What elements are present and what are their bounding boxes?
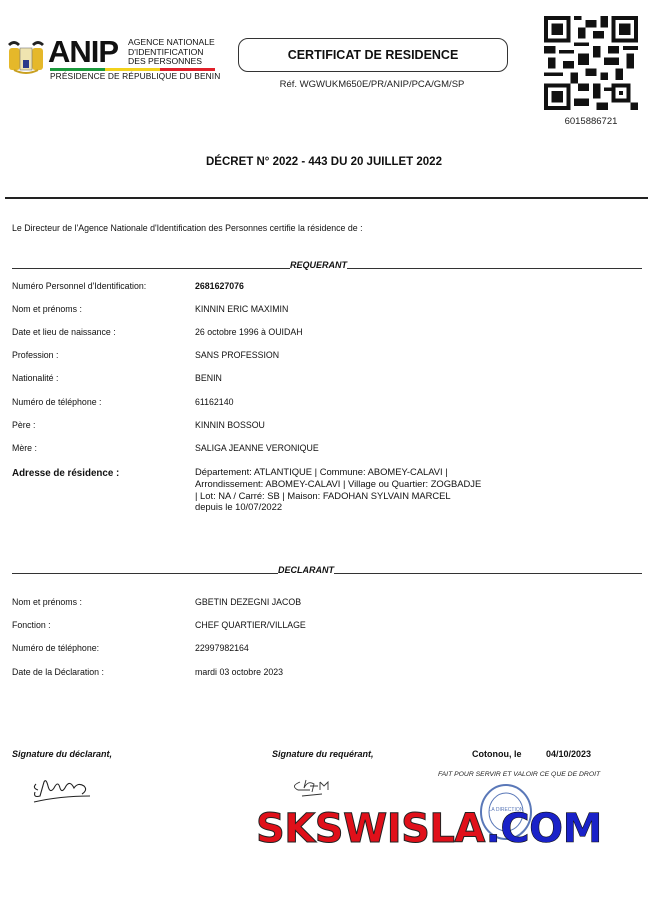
qr-number: 6015886721 bbox=[544, 116, 638, 127]
field-value: SALIGA JEANNE VERONIQUE bbox=[195, 443, 319, 453]
field-label: Date de la Déclaration : bbox=[12, 667, 104, 677]
section-requerant: REQUERANT bbox=[12, 256, 642, 270]
field-value: 2681627076 bbox=[195, 281, 244, 291]
field-label: Numéro Personnel d'Identification: bbox=[12, 281, 146, 291]
watermark-red: SKSWISLA bbox=[256, 806, 486, 852]
header-divider bbox=[5, 197, 648, 199]
address-line: Arrondissement: ABOMEY-CALAVI | Village … bbox=[195, 478, 555, 490]
qr-code-icon bbox=[544, 16, 638, 110]
address-line: Département: ATLANTIQUE | Commune: ABOME… bbox=[195, 466, 555, 478]
section-rule bbox=[12, 573, 278, 574]
declarant-signature-icon bbox=[30, 774, 96, 806]
address-line: depuis le 10/07/2022 bbox=[195, 501, 555, 513]
field-label: Numéro de téléphone: bbox=[12, 643, 99, 653]
reference-number: Réf. WGWUKM650E/PR/ANIP/PCA/GM/SP bbox=[238, 79, 506, 90]
address-line: | Lot: NA / Carré: SB | Maison: FADOHAN … bbox=[195, 490, 555, 502]
decree-title: DÉCRET N° 2022 - 443 DU 20 JUILLET 2022 bbox=[0, 156, 648, 168]
field-value: KINNIN ERIC MAXIMIN bbox=[195, 304, 288, 314]
section-rule bbox=[347, 268, 642, 269]
signature-requerant-label: Signature du requérant, bbox=[272, 749, 374, 759]
section-title: REQUERANT bbox=[290, 260, 347, 270]
field-label: Nom et prénoms : bbox=[12, 304, 82, 314]
field-value: 61162140 bbox=[195, 397, 234, 407]
field-label: Père : bbox=[12, 420, 35, 430]
agency-name: AGENCE NATIONALE D'IDENTIFICATION DES PE… bbox=[128, 38, 215, 67]
field-label: Nom et prénoms : bbox=[12, 597, 82, 607]
field-label: Numéro de téléphone : bbox=[12, 397, 102, 407]
requerant-signature-icon bbox=[288, 776, 338, 800]
field-label: Date et lieu de naissance : bbox=[12, 327, 116, 337]
intro-text: Le Directeur de l'Agence Nationale d'Ide… bbox=[12, 223, 363, 233]
section-rule bbox=[334, 573, 642, 574]
coat-of-arms-icon bbox=[6, 38, 46, 76]
anip-logo: ANIP bbox=[48, 36, 118, 68]
field-value: 22997982164 bbox=[195, 643, 249, 653]
field-value: 26 octobre 1996 à OUIDAH bbox=[195, 327, 303, 337]
field-label: Mère : bbox=[12, 443, 37, 453]
field-label: Fonction : bbox=[12, 620, 51, 630]
issue-date: 04/10/2023 bbox=[546, 749, 591, 759]
section-rule bbox=[12, 268, 290, 269]
field-value: SANS PROFESSION bbox=[195, 350, 279, 360]
city-label: Cotonou, le bbox=[472, 749, 522, 759]
address-value: Département: ATLANTIQUE | Commune: ABOME… bbox=[195, 466, 555, 513]
watermark-blue: .COM bbox=[486, 806, 602, 852]
presidence-label: PRÉSIDENCE DE RÉPUBLIQUE DU BENIN bbox=[50, 71, 220, 81]
section-declarant: DECLARANT bbox=[12, 561, 642, 575]
document-title: CERTIFICAT DE RESIDENCE bbox=[238, 38, 508, 72]
field-value: mardi 03 octobre 2023 bbox=[195, 667, 283, 677]
watermark: SKSWISLA.COM bbox=[256, 806, 602, 852]
validity-mention: FAIT POUR SERVIR ET VALOIR CE QUE DE DRO… bbox=[438, 771, 600, 778]
address-label: Adresse de résidence : bbox=[12, 468, 119, 479]
field-value: BENIN bbox=[195, 373, 222, 383]
field-value: KINNIN BOSSOU bbox=[195, 420, 265, 430]
field-value: GBETIN DEZEGNI JACOB bbox=[195, 597, 301, 607]
agency-line: DES PERSONNES bbox=[128, 57, 215, 67]
signature-declarant-label: Signature du déclarant, bbox=[12, 749, 112, 759]
field-value: CHEF QUARTIER/VILLAGE bbox=[195, 620, 306, 630]
section-title: DECLARANT bbox=[278, 565, 334, 575]
field-label: Profession : bbox=[12, 350, 58, 360]
field-label: Nationalité : bbox=[12, 373, 58, 383]
